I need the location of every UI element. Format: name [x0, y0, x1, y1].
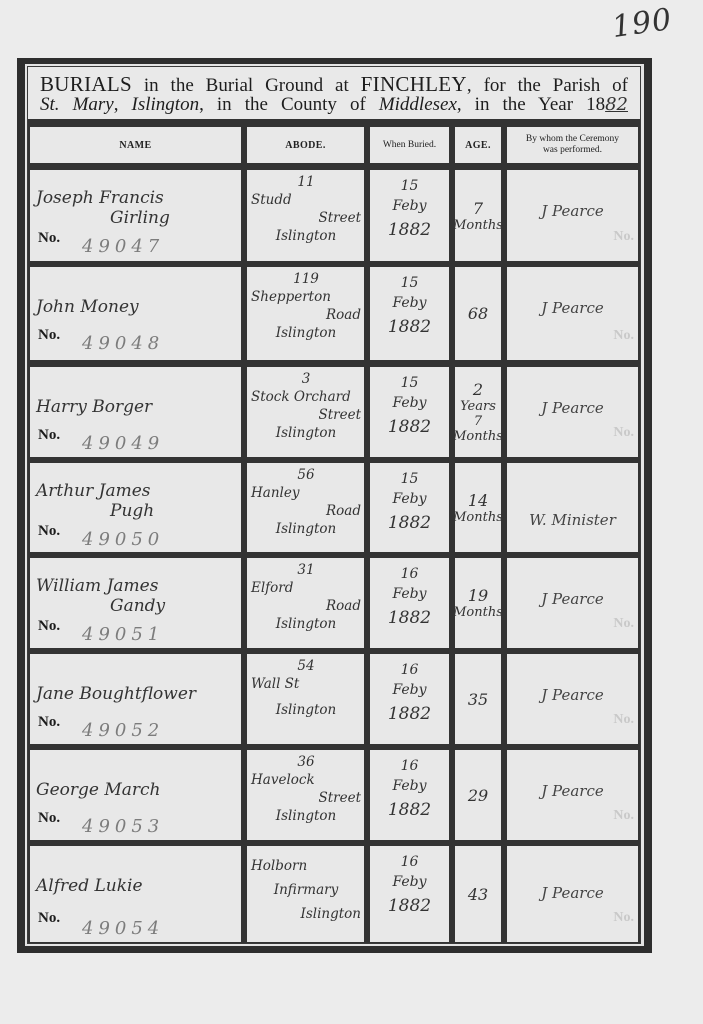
abode-cell: 119 Shepperton Road Islington	[247, 267, 364, 360]
deceased-name: Joseph Francis	[36, 188, 164, 208]
age-line: Months	[455, 510, 501, 525]
burial-day: 15	[370, 178, 449, 194]
abode-cell: 56 Hanley Road Islington	[247, 463, 364, 552]
abode-line: Islington	[251, 521, 361, 537]
ceremony-cell: W. Minister	[507, 463, 638, 552]
burial-day: 15	[370, 471, 449, 487]
burial-month: Feby	[370, 778, 449, 794]
bleed-through-label: No.	[613, 328, 634, 344]
burial-year: 1882	[370, 317, 449, 337]
deceased-name: John Money	[36, 297, 139, 317]
abode-line: Islington	[251, 325, 361, 341]
entry-number: 49049	[82, 433, 164, 454]
burial-month: Feby	[370, 395, 449, 411]
burial-day: 16	[370, 854, 449, 870]
burial-year: 1882	[370, 800, 449, 820]
age-line: 35	[468, 690, 488, 709]
burial-row: Alfred Lukie No. 49054 Holborn Infirmary…	[0, 846, 703, 942]
abode-line: 31	[251, 562, 361, 578]
entry-number: 49047	[82, 236, 164, 257]
entry-number-label: No.	[38, 230, 60, 247]
burial-row: Joseph Francis Girling No. 49047 11 Stud…	[0, 170, 703, 261]
bleed-through-label: No.	[613, 910, 634, 926]
abode-cell: 54 Wall St Islington	[247, 654, 364, 744]
name-cell: Jane Boughtflower No. 49052	[30, 654, 241, 744]
abode-line: Road	[251, 307, 363, 323]
title-text: , in the County of	[199, 94, 379, 115]
burial-row: Jane Boughtflower No. 49052 54 Wall St I…	[0, 654, 703, 744]
title-burials: BURIALS	[40, 72, 132, 96]
when-buried-cell: 16 Feby 1882	[370, 654, 449, 744]
officiant-signature: J Pearce	[507, 202, 638, 220]
name-cell: John Money No. 49048	[30, 267, 241, 360]
page-number: 190	[610, 2, 675, 45]
age-line: 68	[468, 304, 488, 323]
name-cell: William James Gandy No. 49051	[30, 558, 241, 648]
entry-number: 49051	[82, 624, 164, 645]
entry-number-label: No.	[38, 523, 60, 540]
title-year-handwritten: 82	[605, 94, 628, 115]
burial-day: 16	[370, 662, 449, 678]
abode-line: 119	[251, 271, 361, 287]
age-cell: 14 Months	[455, 463, 501, 552]
ceremony-cell: J Pearce No.	[507, 654, 638, 744]
column-header-age: AGE.	[455, 127, 501, 163]
abode-cell: 11 Studd Street Islington	[247, 170, 364, 261]
abode-line: 56	[251, 467, 361, 483]
deceased-name: Alfred Lukie	[36, 876, 143, 896]
deceased-name-continued: Pugh	[110, 501, 154, 521]
deceased-name: Jane Boughtflower	[36, 684, 196, 704]
abode-line: Hanley	[251, 485, 361, 501]
title-place: FINCHLEY	[361, 72, 467, 96]
title-text: , in the Year 18	[457, 94, 605, 115]
age-line: Months	[455, 218, 501, 233]
abode-line: 54	[251, 658, 361, 674]
deceased-name: Arthur James	[36, 481, 151, 501]
burial-month: Feby	[370, 874, 449, 890]
age-cell: 19 Months	[455, 558, 501, 648]
abode-line: Holborn	[251, 858, 361, 874]
burial-day: 15	[370, 275, 449, 291]
burial-row: John Money No. 49048 119 Shepperton Road…	[0, 267, 703, 360]
burial-month: Feby	[370, 198, 449, 214]
abode-line: 11	[251, 174, 361, 190]
burial-month: Feby	[370, 491, 449, 507]
when-buried-cell: 16 Feby 1882	[370, 846, 449, 942]
age-line: 14	[468, 491, 488, 510]
age-line: 43	[468, 885, 488, 904]
abode-line: Infirmary	[251, 882, 363, 898]
entry-number: 49054	[82, 918, 164, 939]
abode-cell: Holborn Infirmary Islington	[247, 846, 364, 942]
age-cell: 35	[455, 654, 501, 744]
entry-number: 49048	[82, 333, 164, 354]
abode-cell: 36 Havelock Street Islington	[247, 750, 364, 840]
column-header-label: By whom the Ceremony	[526, 134, 619, 145]
officiant-signature: J Pearce	[507, 590, 638, 608]
abode-line: Street	[251, 210, 363, 226]
ceremony-cell: J Pearce No.	[507, 170, 638, 261]
officiant-signature: J Pearce	[507, 884, 638, 902]
entry-number-label: No.	[38, 618, 60, 635]
entry-number-label: No.	[38, 810, 60, 827]
bleed-through-label: No.	[613, 616, 634, 632]
age-line: 7	[473, 199, 483, 218]
abode-line: Islington	[251, 228, 361, 244]
age-line: Months	[455, 429, 501, 444]
age-cell: 68	[455, 267, 501, 360]
column-header-label: was performed.	[526, 145, 619, 156]
burial-day: 15	[370, 375, 449, 391]
bleed-through-label: No.	[613, 229, 634, 245]
ceremony-cell: J Pearce No.	[507, 267, 638, 360]
abode-line: Road	[251, 598, 363, 614]
abode-line: Elford	[251, 580, 361, 596]
name-cell: George March No. 49053	[30, 750, 241, 840]
abode-line: Wall St	[251, 676, 361, 692]
burial-row: Harry Borger No. 49049 3 Stock Orchard S…	[0, 367, 703, 457]
age-cell: 2 Years 7 Months	[455, 367, 501, 457]
age-cell: 43	[455, 846, 501, 942]
title-county: Middlesex	[379, 94, 457, 115]
burial-year: 1882	[370, 417, 449, 437]
officiant-signature: J Pearce	[507, 782, 638, 800]
entry-number: 49053	[82, 816, 164, 837]
abode-line: Islington	[251, 425, 361, 441]
ceremony-cell: J Pearce No.	[507, 367, 638, 457]
name-cell: Arthur James Pugh No. 49050	[30, 463, 241, 552]
abode-cell: 31 Elford Road Islington	[247, 558, 364, 648]
column-header-label: ABODE.	[285, 140, 325, 151]
burial-year: 1882	[370, 704, 449, 724]
age-line: 7	[474, 414, 482, 429]
abode-line: Studd	[251, 192, 361, 208]
bleed-through-label: No.	[613, 808, 634, 824]
burial-year: 1882	[370, 513, 449, 533]
column-header-when-buried: When Buried.	[370, 127, 449, 163]
title-district: Islington	[132, 94, 200, 115]
ceremony-cell: J Pearce No.	[507, 846, 638, 942]
entry-number: 49052	[82, 720, 164, 741]
bleed-through-label: No.	[613, 712, 634, 728]
burial-row: William James Gandy No. 49051 31 Elford …	[0, 558, 703, 648]
bleed-through-label: No.	[613, 425, 634, 441]
column-header-ceremony: By whom the Ceremony was performed.	[507, 127, 638, 163]
age-cell: 29	[455, 750, 501, 840]
burial-month: Feby	[370, 586, 449, 602]
abode-line: 3	[251, 371, 361, 387]
name-cell: Joseph Francis Girling No. 49047	[30, 170, 241, 261]
deceased-name: Harry Borger	[36, 397, 152, 417]
burial-day: 16	[370, 566, 449, 582]
column-header-label: When Buried.	[383, 140, 436, 151]
burial-row: George March No. 49053 36 Havelock Stree…	[0, 750, 703, 840]
abode-line: 36	[251, 754, 361, 770]
abode-line: Havelock	[251, 772, 361, 788]
deceased-name-continued: Gandy	[110, 596, 165, 616]
age-line: 29	[468, 786, 488, 805]
when-buried-cell: 15 Feby 1882	[370, 267, 449, 360]
burial-year: 1882	[370, 220, 449, 240]
column-header-name: NAME	[30, 127, 241, 163]
when-buried-cell: 16 Feby 1882	[370, 558, 449, 648]
title-parish: St. Mary	[40, 94, 114, 115]
title-text: ,	[114, 94, 132, 115]
burial-month: Feby	[370, 682, 449, 698]
title-text: , for the Parish of	[467, 75, 628, 96]
age-line: Years	[460, 399, 496, 414]
ceremony-cell: J Pearce No.	[507, 558, 638, 648]
ceremony-cell: J Pearce No.	[507, 750, 638, 840]
abode-line: Islington	[251, 808, 361, 824]
column-header-abode: ABODE.	[247, 127, 364, 163]
name-cell: Alfred Lukie No. 49054	[30, 846, 241, 942]
column-header-label: AGE.	[465, 140, 491, 151]
age-line: Months	[455, 605, 501, 620]
register-title: BURIALS in the Burial Ground at FINCHLEY…	[30, 68, 636, 118]
age-line: 19	[468, 586, 488, 605]
burial-day: 16	[370, 758, 449, 774]
title-line-2: St. Mary, Islington, in the County of Mi…	[40, 94, 628, 116]
officiant-signature: W. Minister	[507, 511, 638, 529]
abode-cell: 3 Stock Orchard Street Islington	[247, 367, 364, 457]
entry-number-label: No.	[38, 427, 60, 444]
entry-number-label: No.	[38, 327, 60, 344]
entry-number-label: No.	[38, 910, 60, 927]
officiant-signature: J Pearce	[507, 686, 638, 704]
when-buried-cell: 15 Feby 1882	[370, 367, 449, 457]
age-cell: 7 Months	[455, 170, 501, 261]
abode-line: Islington	[251, 906, 361, 922]
burial-year: 1882	[370, 608, 449, 628]
deceased-name: George March	[36, 780, 161, 800]
column-header-label: NAME	[119, 140, 151, 151]
abode-line: Road	[251, 503, 363, 519]
name-cell: Harry Borger No. 49049	[30, 367, 241, 457]
when-buried-cell: 15 Feby 1882	[370, 170, 449, 261]
entry-number-label: No.	[38, 714, 60, 731]
officiant-signature: J Pearce	[507, 299, 638, 317]
burial-year: 1882	[370, 896, 449, 916]
deceased-name: William James	[36, 576, 158, 596]
title-text: in the Burial Ground at	[132, 75, 361, 96]
when-buried-cell: 15 Feby 1882	[370, 463, 449, 552]
abode-line: Islington	[251, 702, 361, 718]
abode-line: Street	[251, 407, 363, 423]
abode-line: Shepperton	[251, 289, 361, 305]
burial-month: Feby	[370, 295, 449, 311]
burial-row: Arthur James Pugh No. 49050 56 Hanley Ro…	[0, 463, 703, 552]
abode-line: Street	[251, 790, 363, 806]
officiant-signature: J Pearce	[507, 399, 638, 417]
age-line: 2	[473, 380, 483, 399]
deceased-name-continued: Girling	[110, 208, 170, 228]
abode-line: Stock Orchard	[251, 389, 361, 405]
abode-line: Islington	[251, 616, 361, 632]
entry-number: 49050	[82, 529, 164, 550]
when-buried-cell: 16 Feby 1882	[370, 750, 449, 840]
